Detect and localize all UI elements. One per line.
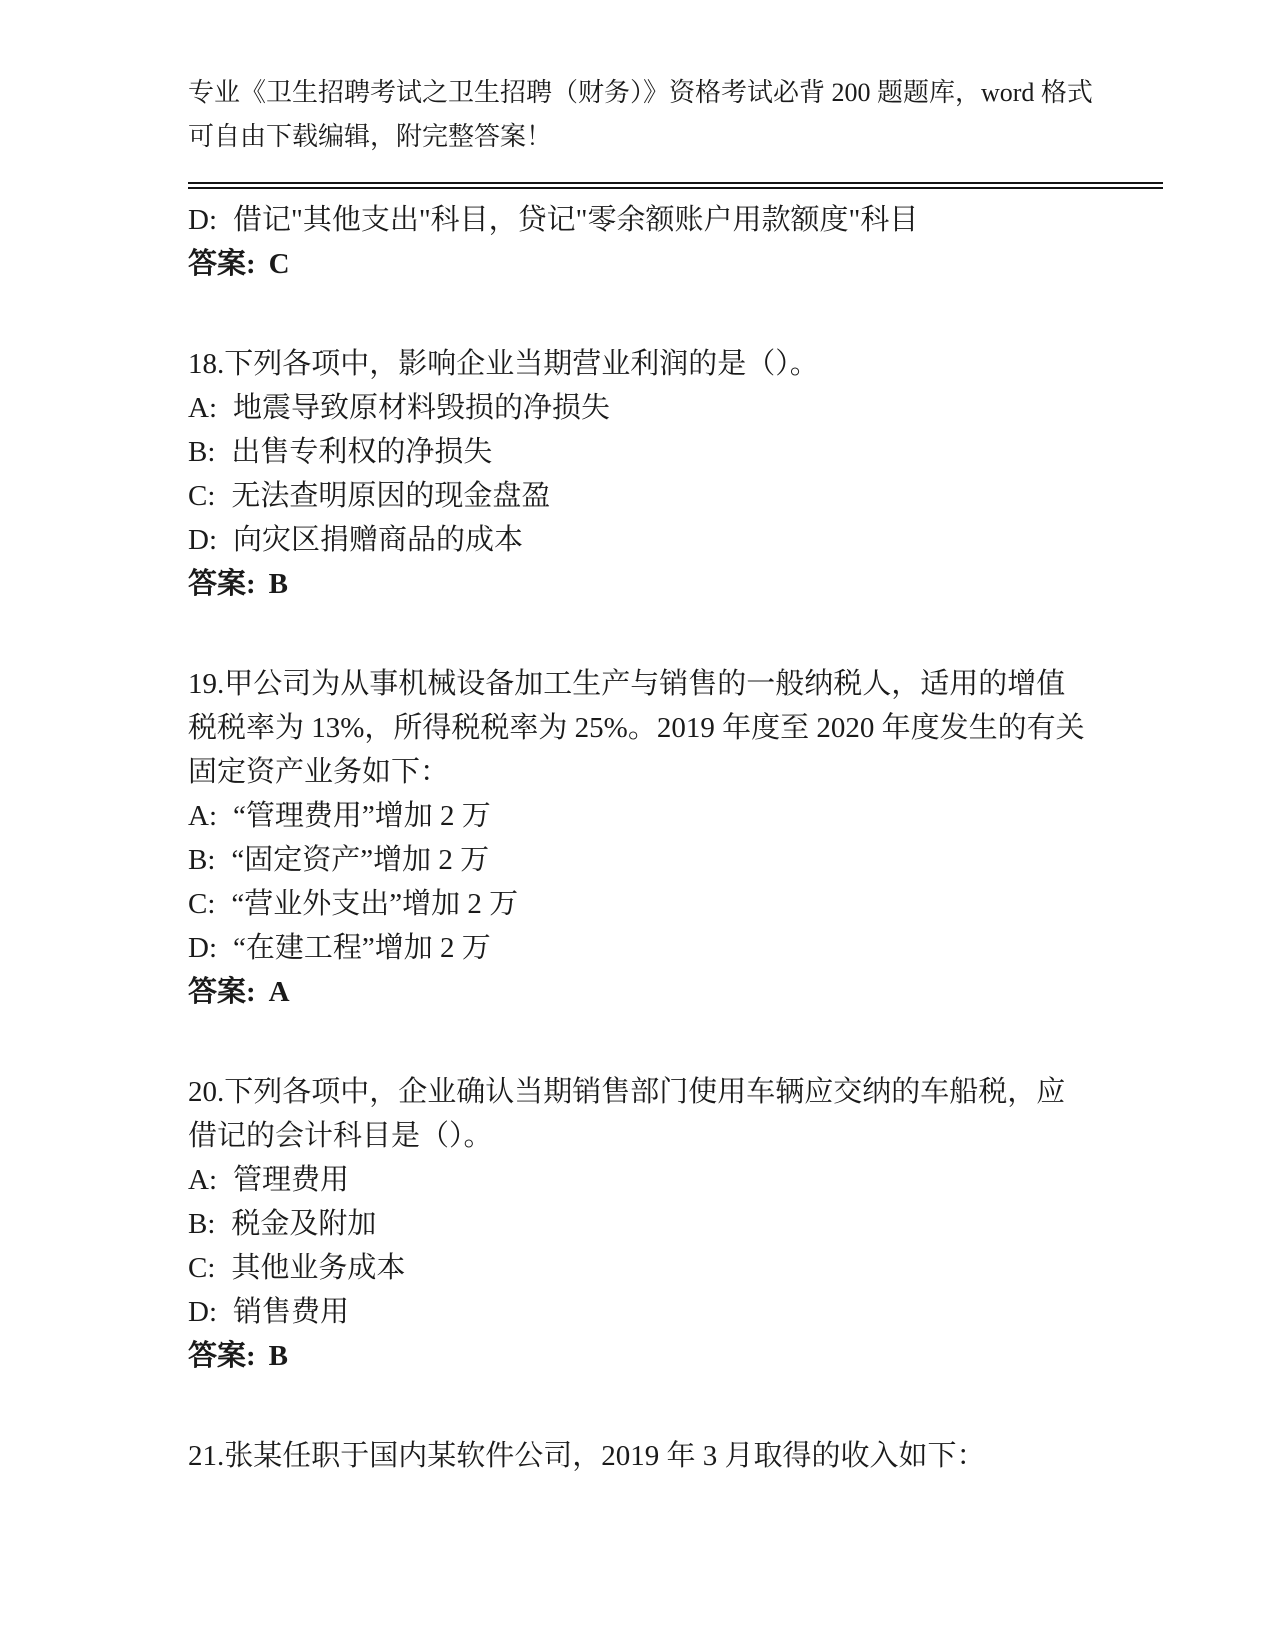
question-18: 18.下列各项中，影响企业当期营业利润的是（）。 A:地震导致原材料毁损的净损失…: [188, 342, 1163, 606]
header-title-line-2: 可自由下载编辑，附完整答案！: [188, 115, 1163, 159]
option-text: 地震导致原材料毁损的净损失: [233, 392, 610, 424]
option-label: A:: [188, 794, 217, 838]
option-line-d: D:借记"其他支出"科目，贷记"零余额账户用款额度"科目: [188, 198, 1163, 242]
answer-line: 答案:B: [188, 562, 1163, 606]
answer-label: 答案:: [188, 1340, 256, 1372]
option-line-b: B:税金及附加: [188, 1202, 1163, 1246]
answer-line: 答案:A: [188, 970, 1163, 1014]
option-line-a: A:管理费用: [188, 1158, 1163, 1202]
option-text: “在建工程”增加 2 万: [233, 932, 491, 964]
option-line-d: D:“在建工程”增加 2 万: [188, 926, 1163, 970]
option-text: 借记"其他支出"科目，贷记"零余额账户用款额度"科目: [233, 204, 918, 236]
question-21: 21.张某任职于国内某软件公司，2019 年 3 月取得的收入如下：: [188, 1434, 1163, 1478]
option-text: 其他业务成本: [231, 1252, 405, 1284]
option-label: D:: [188, 518, 217, 562]
answer-label: 答案:: [188, 976, 256, 1008]
answer-value: B: [269, 568, 288, 600]
option-text: 销售费用: [233, 1296, 349, 1328]
option-line-d: D:销售费用: [188, 1290, 1163, 1334]
document-header: 专业《卫生招聘考试之卫生招聘（财务）》资格考试必背 200 题题库，word 格…: [188, 71, 1163, 159]
option-text: 出售专利权的净损失: [231, 436, 492, 468]
document-page: 专业《卫生招聘考试之卫生招聘（财务）》资格考试必背 200 题题库，word 格…: [0, 0, 1275, 1650]
question-19: 19.甲公司为从事机械设备加工生产与销售的一般纳税人，适用的增值 税税率为 13…: [188, 662, 1163, 1014]
option-line-b: B:出售专利权的净损失: [188, 430, 1163, 474]
option-label: D:: [188, 198, 217, 242]
option-label: A:: [188, 386, 217, 430]
answer-label: 答案:: [188, 568, 256, 600]
option-label: D:: [188, 1290, 217, 1334]
option-line-b: B:“固定资产”增加 2 万: [188, 838, 1163, 882]
question-title-line: 20.下列各项中，企业确认当期销售部门使用车辆应交纳的车船税，应: [188, 1070, 1163, 1114]
option-line-c: C:其他业务成本: [188, 1246, 1163, 1290]
option-label: C:: [188, 882, 215, 926]
answer-value: C: [269, 248, 290, 280]
option-text: “管理费用”增加 2 万: [233, 800, 491, 832]
option-text: “固定资产”增加 2 万: [231, 844, 489, 876]
option-label: B:: [188, 430, 215, 474]
question-title-line: 借记的会计科目是（）。: [188, 1114, 1163, 1158]
option-label: A:: [188, 1158, 217, 1202]
question-17-remainder: D:借记"其他支出"科目，贷记"零余额账户用款额度"科目 答案:C: [188, 198, 1163, 286]
option-line-d: D:向灾区捐赠商品的成本: [188, 518, 1163, 562]
header-title-line-1: 专业《卫生招聘考试之卫生招聘（财务）》资格考试必背 200 题题库，word 格…: [188, 71, 1163, 115]
option-line-c: C:“营业外支出”增加 2 万: [188, 882, 1163, 926]
option-text: 管理费用: [233, 1164, 349, 1196]
option-label: B:: [188, 838, 215, 882]
answer-label: 答案:: [188, 248, 256, 280]
answer-value: B: [269, 1340, 288, 1372]
option-label: C:: [188, 1246, 215, 1290]
question-title-line: 18.下列各项中，影响企业当期营业利润的是（）。: [188, 342, 1163, 386]
option-text: 税金及附加: [231, 1208, 376, 1240]
header-divider-rule: [188, 182, 1163, 189]
option-label: C:: [188, 474, 215, 518]
option-text: “营业外支出”增加 2 万: [231, 888, 518, 920]
answer-value: A: [269, 976, 290, 1008]
answer-line: 答案:B: [188, 1334, 1163, 1378]
option-label: D:: [188, 926, 217, 970]
question-title-line: 21.张某任职于国内某软件公司，2019 年 3 月取得的收入如下：: [188, 1434, 1163, 1478]
option-line-a: A:“管理费用”增加 2 万: [188, 794, 1163, 838]
option-text: 向灾区捐赠商品的成本: [233, 524, 523, 556]
answer-line: 答案:C: [188, 242, 1163, 286]
question-title-line: 税税率为 13%，所得税税率为 25%。2019 年度至 2020 年度发生的有…: [188, 706, 1163, 750]
option-label: B:: [188, 1202, 215, 1246]
question-title-line: 固定资产业务如下：: [188, 750, 1163, 794]
document-body: D:借记"其他支出"科目，贷记"零余额账户用款额度"科目 答案:C 18.下列各…: [188, 198, 1163, 1478]
option-line-a: A:地震导致原材料毁损的净损失: [188, 386, 1163, 430]
question-20: 20.下列各项中，企业确认当期销售部门使用车辆应交纳的车船税，应 借记的会计科目…: [188, 1070, 1163, 1378]
option-line-c: C:无法查明原因的现金盘盈: [188, 474, 1163, 518]
question-title-line: 19.甲公司为从事机械设备加工生产与销售的一般纳税人，适用的增值: [188, 662, 1163, 706]
option-text: 无法查明原因的现金盘盈: [231, 480, 550, 512]
